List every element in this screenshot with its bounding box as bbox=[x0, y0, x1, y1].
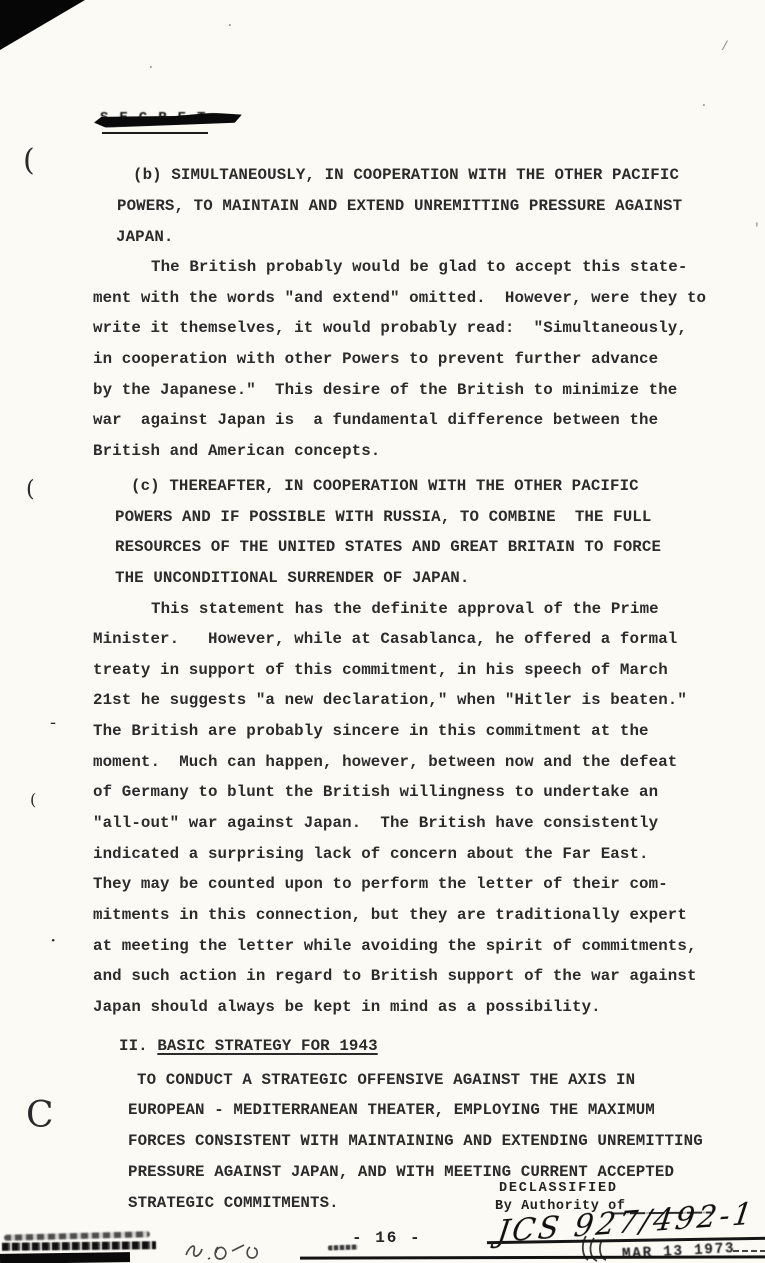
typed-line: (b) SIMULTANEOUSLY, IN COOPERATION WITH … bbox=[133, 166, 679, 184]
classification-underline bbox=[102, 132, 208, 134]
scan-corner-artifact bbox=[0, 0, 85, 50]
scan-speck: / bbox=[721, 40, 729, 53]
typed-line: mitments in this connection, but they ar… bbox=[93, 906, 687, 924]
typed-line: The British are probably sincere in this… bbox=[93, 722, 649, 740]
redaction-bar bbox=[0, 1252, 130, 1263]
typed-line: TO CONDUCT A STRATEGIC OFFENSIVE AGAINST… bbox=[137, 1071, 635, 1089]
ink-smudge bbox=[328, 1244, 358, 1250]
typed-line: The British probably would be glad to ac… bbox=[151, 258, 687, 276]
page-number: - 16 - bbox=[352, 1229, 422, 1247]
typed-line: PRESSURE AGAINST JAPAN, AND WITH MEETING… bbox=[128, 1163, 674, 1181]
typed-line: FORCES CONSISTENT WITH MAINTAINING AND E… bbox=[128, 1132, 703, 1150]
illegible-stamp-row bbox=[2, 1241, 156, 1251]
margin-pencil-mark: ( bbox=[23, 146, 35, 176]
typed-line: JAPAN. bbox=[116, 228, 173, 246]
typed-line: and such action in regard to British sup… bbox=[93, 967, 697, 985]
typed-line: THE UNCONDITIONAL SURRENDER OF JAPAN. bbox=[115, 569, 469, 587]
typed-line: moment. Much can happen, however, betwee… bbox=[93, 753, 677, 771]
typed-line: treaty in support of this commitment, in… bbox=[93, 661, 668, 679]
typed-line: in cooperation with other Powers to prev… bbox=[93, 350, 658, 368]
scanned-document-page: SECRET (b) SIMULTANEOUSLY, IN COOPERATIO… bbox=[0, 0, 765, 1263]
scan-speck: . bbox=[700, 96, 708, 109]
typed-line: POWERS AND IF POSSIBLE WITH RUSSIA, TO C… bbox=[115, 508, 651, 526]
typed-line: EUROPEAN - MEDITERRANEAN THEATER, EMPLOY… bbox=[128, 1101, 655, 1119]
typed-line: by the Japanese." This desire of the Bri… bbox=[93, 381, 677, 399]
margin-pencil-mark: · bbox=[50, 930, 56, 950]
declassification-date-stamp: MAR 13 1973 bbox=[622, 1241, 736, 1263]
illegible-stamp-row bbox=[4, 1231, 150, 1241]
typed-line: (c) THEREAFTER, IN COOPERATION WITH THE … bbox=[131, 477, 639, 495]
scan-speck: . bbox=[147, 58, 155, 71]
typed-line: "all-out" war against Japan. The British… bbox=[93, 814, 658, 832]
typed-line: Minister. However, while at Casablanca, … bbox=[93, 630, 677, 648]
date-stamp-dashes bbox=[733, 1250, 765, 1252]
typed-line: Japan should always be kept in mind as a… bbox=[93, 998, 601, 1016]
typed-line: 21st he suggests "a new declaration," wh… bbox=[93, 691, 687, 709]
typed-line: STRATEGIC COMMITMENTS. bbox=[128, 1194, 339, 1212]
scan-speck: ' bbox=[753, 222, 761, 235]
declassified-stamp-title: DECLASSIFIED bbox=[499, 1181, 618, 1196]
typed-line: war against Japan is a fundamental diffe… bbox=[93, 411, 658, 429]
typed-line: RESOURCES OF THE UNITED STATES AND GREAT… bbox=[115, 538, 661, 556]
typed-line: indicated a surprising lack of concern a… bbox=[93, 845, 649, 863]
typed-line: ment with the words "and extend" omitted… bbox=[93, 289, 706, 307]
typed-line: II. BASIC STRATEGY FOR 1943 bbox=[119, 1037, 378, 1055]
typed-line: at meeting the letter while avoiding the… bbox=[93, 937, 697, 955]
typed-line: British and American concepts. bbox=[93, 442, 380, 460]
classification-stamp: SECRET bbox=[100, 110, 250, 138]
handwritten-scribble bbox=[180, 1237, 266, 1263]
typed-line: They may be counted upon to perform the … bbox=[93, 875, 668, 893]
typed-line: of Germany to blunt the British willingn… bbox=[93, 783, 658, 801]
scan-speck: . bbox=[226, 16, 234, 29]
typed-line: write it themselves, it would probably r… bbox=[93, 319, 687, 337]
margin-pencil-mark: - bbox=[50, 714, 56, 732]
margin-pencil-mark: ( bbox=[26, 479, 35, 501]
margin-pencil-mark: C bbox=[26, 1098, 54, 1134]
typed-line: This statement has the definite approval… bbox=[151, 600, 659, 618]
typed-line: POWERS, TO MAINTAIN AND EXTEND UNREMITTI… bbox=[117, 197, 682, 215]
margin-pencil-mark: ( bbox=[30, 792, 36, 808]
